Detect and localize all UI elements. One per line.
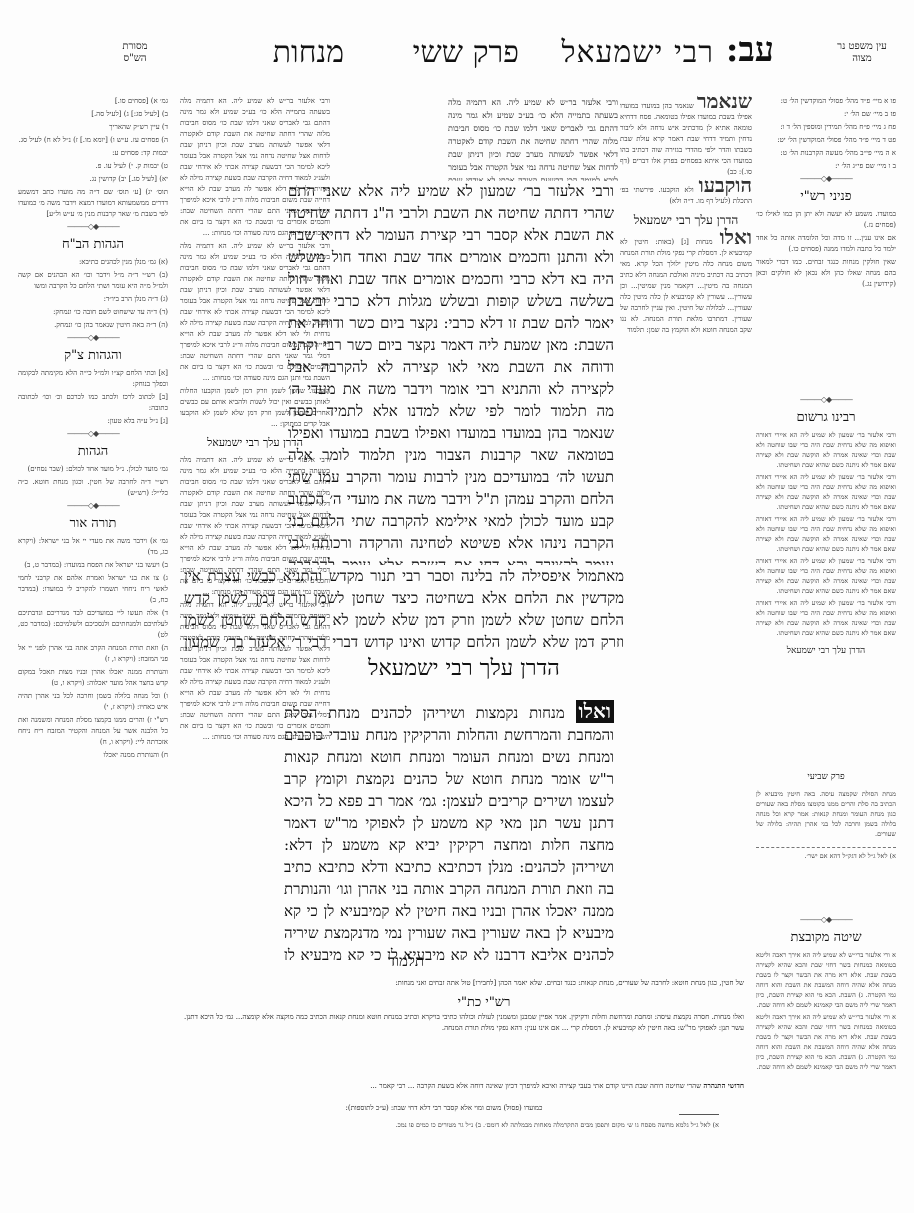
bach-entry: (ה) ד״ה באה חיטין שנאמר בהן כו׳ ונמחק.	[18, 320, 168, 331]
hagahot-entry: רש״י ד״ה לחרבה של חטין. וכגון מנחת חוטא.…	[18, 477, 168, 499]
masoret-entry: ד) עיין רש״ק שהאריך	[18, 122, 168, 133]
ein-mishpat-column: פו א מיי׳ פ״ד מהל׳ פסולי המוקדשין הל׳ ט:…	[756, 96, 896, 396]
pnei-rashi-entry: אם אינו ענין... זו מדה וכל הלומדה אותה כ…	[756, 233, 896, 255]
hagahot-title: הגהות	[18, 443, 168, 461]
rabbenu-gershom-title: רבינו גרשום	[756, 409, 896, 427]
masechet-title: מנחות	[273, 36, 344, 70]
gemara-wide: מאתמול איפסילה לה בלינה וסבר רבי תנור מק…	[184, 565, 624, 655]
tzk-entry: [ב] לכתוב לרכז ולכתב כמו לכרכם וכ׳ וכו׳ …	[18, 392, 168, 414]
pnei-rashi-title: פניני רש"י	[756, 188, 896, 206]
rashi-lead-word: שנאמר	[697, 96, 752, 113]
closing-line: כמועדו (פסול) משום ומוי אלא קסבר רבי דלא…	[294, 1103, 594, 1114]
side-footnote: א) לאל ג״ל לא דגק״ל דהא אם ישר׳.	[756, 851, 896, 861]
hadran-main-title: הדרן עלך רבי ישמעאל	[314, 655, 614, 683]
rashi-hukvu: הוקבעו ולא הוקבעו. פירשתי בפ׳ התכלת (לעי…	[620, 180, 752, 207]
bach-entry: (ב) רש״י ד״ה מ״ל וידבר וכו׳ הא הכהנים אם…	[18, 270, 168, 292]
masoret-column: גמ׳ א) [פסחים סו.] ב) [לעיל סג:] ג) [לעי…	[18, 96, 168, 1096]
torah-or-entry: ד) אלה תעשו ליי במועדיכם לבד מנדריכם ונד…	[18, 608, 168, 641]
rashi-elu: ואלו מנחות [ג] (באות: חיטין לא קמיבעיא ל…	[620, 232, 752, 336]
ein-mishpat-entry: פט ד מיי׳ פ״ד מהל׳ פסולי המוקדשין הל׳ יט…	[756, 135, 896, 146]
ein-mishpat-entry: פז ב מיי׳ שם הל׳ י:	[756, 109, 896, 120]
torah-or-entry: גמ׳ א) וידבר משה את מעדי יי אל בני ישראל…	[18, 536, 168, 558]
footnote-rule	[679, 1114, 719, 1115]
torah-or-entry: רש"י ז) והרים ממנו בקמצו מסלת המנחה ומשמ…	[18, 715, 168, 748]
ornament-divider-icon: ———◆◇———	[18, 222, 168, 232]
ein-mishpat-entry: ב ו מיי׳ שם פי״ג הל׳ י:	[756, 161, 896, 172]
gemara-lower: ואלו מנחות נקמצות ושיריהן לכהנים מנחת הס…	[284, 700, 614, 960]
bach-entry: (ג) ד״ה מנלן הרב ביו״ד:	[18, 294, 168, 305]
masoret-entry: יא) [לעיל סג.] יב) קדושין נג.	[18, 174, 168, 185]
bach-entry: (א) גמ׳ מנלן מנין לכהנים כתיבא:	[18, 257, 168, 268]
bach-title: הגהות הב"ח	[18, 236, 168, 254]
torah-or-entry: ו) וכל מנחה בלולה בשמן וחרבה לכל בני אהר…	[18, 691, 168, 713]
tzk-title: והגהות צ"ק	[18, 347, 168, 365]
pnei-rashi-entry: שאין חולקין מנחות כנגד זבחים. כמו דבדי ל…	[756, 257, 896, 290]
ornament-divider-icon: ———◆◇———	[756, 395, 896, 405]
shita-mekubetzet-column: ———◆◇——— שיטה מקובצת א ורי אלעזר ברי״ש ל…	[756, 915, 896, 1105]
ornament-divider-icon: ———◆◇———	[18, 501, 168, 511]
torah-or-title: תורה אור	[18, 515, 168, 533]
torah-or-entry: ח) והנותרת ממנה יאכלו	[18, 750, 168, 761]
rabbenu-gershom-text: ורבי אלעזר בר׳ שמעון לא שמיע ליה הא אייר…	[756, 472, 896, 512]
torah-or-entry: והנותרת ממנה יאכלו אהרן ובניו מצות תאכל …	[18, 667, 168, 689]
perek-sheni-text: מנחת הסולת שקמצה עיסה. באה חיטין מיבעיא …	[756, 789, 896, 839]
masoret-entry: יבמות קד: פסחים ע:	[18, 148, 168, 159]
tosafot-top-right: ורבי אלעזר בר״ש לא שמיע ליה. הא דתמיה מל…	[448, 96, 618, 181]
ein-mishpat-entry: א ה מיי׳ פי״ב מהל׳ מעשה הקרבנות הל׳ ט:	[756, 148, 896, 159]
perek-label: פרק ששי	[413, 36, 519, 70]
shita-text: א ורי אלעזר ברי״ש לא שמיע ליה הא אירך רא…	[756, 950, 896, 1010]
bottom-rashi-line: של חטין, כגון מנחת חוטא: לחרבה של שעורים…	[184, 978, 744, 989]
mishna-lead-word: ואלו	[576, 700, 614, 723]
bach-entry: (ד) ד״ה עד שישחוט לשם חובה כו׳ ונמחק:	[18, 307, 168, 318]
masoret-entry: גמ׳ א) [פסחים סו.]	[18, 96, 168, 107]
chidushei-label: חדושי התנהרה	[703, 1081, 744, 1090]
torah-or-entry: ג) צו את בני ישראל ואמרת אלהם את קרבני ל…	[18, 573, 168, 606]
ein-mishpat-entry: פו א מיי׳ פ״ד מהל׳ פסולי המוקדשין הל׳ ט:	[756, 96, 896, 107]
ornament-divider-icon: ———◆◇———	[18, 429, 168, 439]
shita-text: א ורי אלעזר ברי״ש לא שמיע ליה הא אירך רא…	[756, 1012, 896, 1072]
hagahot-entry: גמ׳ מועד לכולן. נ״ל מועד אחד לכולם: (שבר…	[18, 464, 168, 475]
rabbenu-gershom-text: ורבי אלעזר בר׳ שמעון לא שמיע ליה הא אייר…	[756, 514, 896, 554]
torah-or-entry: ב) ויעשו בני ישראל את הפסח במועדו: (במדב…	[18, 560, 168, 571]
ornament-divider-icon: ———◆◇———	[18, 333, 168, 343]
masoret-entry: תוס׳ יג) [ע׳ תוס׳ שם ד״ה מה מועדו כתב דמ…	[18, 187, 168, 220]
masoret-entry: ה) פסחים עז. ע״ש ו) [יומא מו.] ז) נ״ל לא…	[18, 135, 168, 146]
talmud-label: תלמוד	[388, 952, 424, 971]
rashi-ms-title: רש"י כת"י	[384, 994, 584, 1012]
rashi-ms-text: ואלו מנחות. חסרה נקמצת עיסה: ומחבת ומרחש…	[184, 1012, 744, 1082]
rabbenu-gershom-text: ורבי אלעזר בר׳ שמעון לא שמיע ליה הא אייר…	[756, 430, 896, 470]
rashi-column: שנאמר שנאמר בהן במועדו במועדו אפילו בשבת…	[620, 96, 752, 536]
daf-number: עב:	[726, 32, 774, 68]
ornament-divider-icon: ———◆◇———	[756, 915, 896, 925]
tzk-entry: [ג] נ״ל ע״ה בלא טעון:	[18, 416, 168, 427]
ein-mishpat-label: עין משפט נר מצוה	[832, 41, 892, 65]
page-header: עין משפט נר מצוה עב: רבי ישמעאל פרק ששי …	[0, 30, 914, 88]
rabbenu-gershom-column: ———◆◇——— רבינו גרשום ורבי אלעזר בר׳ שמעו…	[756, 395, 896, 755]
perek-sheni-title: פרק שביעי	[756, 768, 896, 786]
footnote-rule	[756, 847, 896, 848]
perek-sheni-column: פרק שביעי מנחת הסולת שקמצה עיסה. באה חיט…	[756, 760, 896, 910]
shita-title: שיטה מקובצת	[756, 929, 896, 947]
tzk-entry: [א] וכתי הלחם קצ״ו ולמ״ל כי״ה הלא מקימתה…	[18, 368, 168, 390]
page-footnote: א) לאל ג״ל גלמא מחשה מפסח גו ש׳ מקום ותפ…	[219, 1120, 719, 1130]
pnei-rashi-entry: במועדו. משמע לא יעשה ולא יתן הן כמו לאיל…	[756, 209, 896, 231]
torah-or-entry: ה) וזאת תורת המנחה הקרב אתה בני אהרן לפנ…	[18, 643, 168, 665]
gemara-upper: ורבי אלעזר בר׳ שמעון לא שמיע ליה אלא שאנ…	[288, 180, 614, 565]
masoret-label: מסורת הש"ס	[110, 41, 160, 65]
ornament-divider-icon: ———◆◇———	[756, 174, 896, 184]
masoret-entry: ב) [לעיל סג:] ג) [לעיל סה.]	[18, 109, 168, 120]
rashi-text-top: שנאמר שנאמר בהן במועדו במועדו אפילו בשבת…	[620, 96, 752, 178]
masoret-entry: ט) יבמות ק. י) לעיל עו. פ.	[18, 161, 168, 172]
rabbenu-gershom-text: ורבי אלעזר בר׳ שמעון לא שמיע ליה הא אייר…	[756, 556, 896, 596]
ein-mishpat-entry: פח ג מיי׳ פ״ח מהל׳ תמידין ומוספין הל׳ ד …	[756, 122, 896, 133]
chapter-name: רבי ישמעאל	[562, 36, 715, 70]
talmud-page: עין משפט נר מצוה עב: רבי ישמעאל פרק ששי …	[0, 0, 914, 1213]
hadran-small: הדרן עלך רבי ישמעאל	[756, 642, 896, 660]
rabbenu-gershom-text: ורבי אלעזר בר׳ שמעון לא שמיע ליה הא אייר…	[756, 598, 896, 638]
